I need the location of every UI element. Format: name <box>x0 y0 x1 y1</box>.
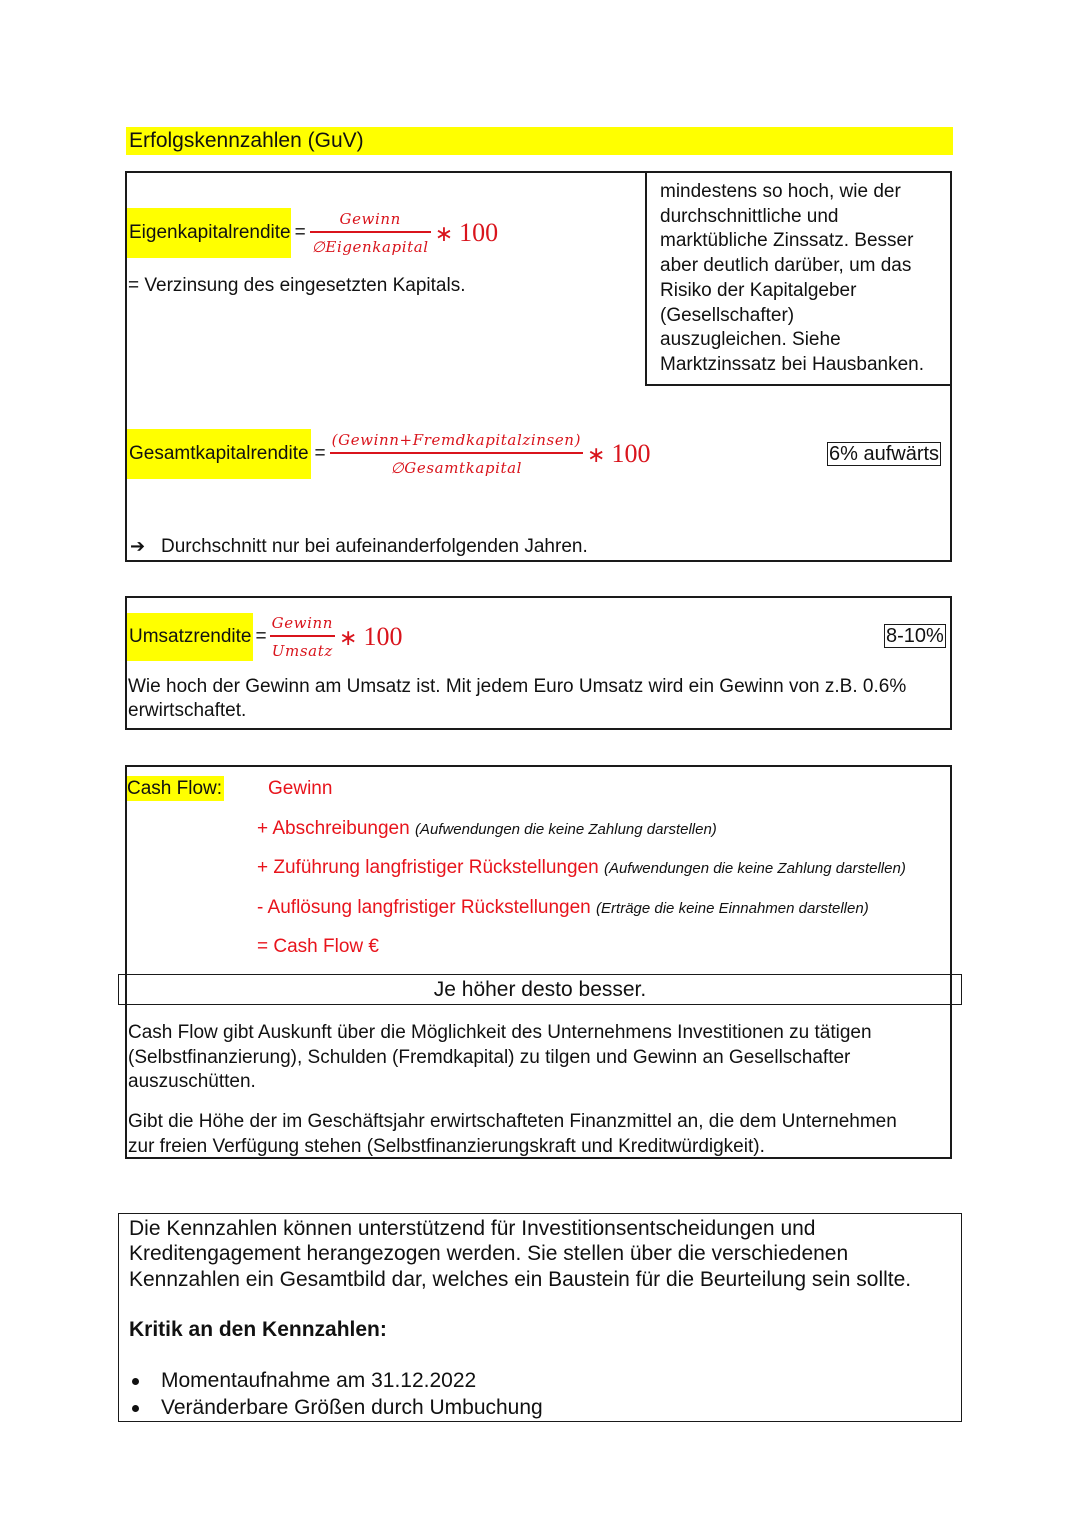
cash-flow-rating: Je höher desto besser. <box>118 977 962 1003</box>
section-title: Erfolgskennzahlen (GuV) <box>129 129 364 153</box>
umsatzrendite-description: Wie hoch der Gewinn am Umsatz ist. Mit j… <box>128 675 906 723</box>
cash-flow-paragraph-1: Cash Flow gibt Auskunft über die Möglich… <box>128 1021 872 1095</box>
fraction-bar <box>330 452 583 454</box>
gesamtkapitalrendite-formula: Gesamtkapitalrendite = (Gewinn+Fremdkapi… <box>127 429 650 479</box>
fraction-numerator: Gewinn <box>270 613 335 633</box>
umsatzrendite-target: 8-10% <box>884 624 946 648</box>
gesamtkapitalrendite-label: Gesamtkapitalrendite <box>127 429 311 479</box>
bullet-icon <box>132 1378 139 1385</box>
eigenkapitalrendite-fraction: Gewinn ∅Eigenkapital <box>310 209 431 257</box>
fraction-denominator: ∅Gesamtkapital <box>389 458 524 478</box>
cash-flow-line-result: = Cash Flow € <box>257 935 379 959</box>
multiplier: ∗100 <box>339 622 402 652</box>
cash-flow-paragraph-2: Gibt die Höhe der im Geschäftsjahr erwir… <box>128 1110 897 1159</box>
fraction-denominator: ∅Eigenkapital <box>310 237 431 257</box>
cash-flow-line-zufuehrung: + Zuführung langfristiger Rückstellungen… <box>257 856 906 881</box>
fraction-numerator: (Gewinn+Fremdkapitalzinsen) <box>330 430 583 450</box>
equals-sign: = <box>295 222 306 244</box>
bullet-icon <box>132 1405 139 1412</box>
critique-item: Veränderbare Größen durch Umbuchung <box>128 1394 543 1421</box>
cash-flow-label: Cash Flow: <box>127 776 224 801</box>
fraction-bar <box>310 231 431 233</box>
section-header: Erfolgskennzahlen (GuV) <box>126 127 953 155</box>
fraction-bar <box>270 635 335 637</box>
umsatzrendite-label: Umsatzrendite <box>127 613 253 661</box>
critique-heading: Kritik an den Kennzahlen: <box>129 1317 387 1343</box>
gesamtkapitalrendite-fraction: (Gewinn+Fremdkapitalzinsen) ∅Gesamtkapit… <box>330 430 583 478</box>
umsatzrendite-formula: Umsatzrendite = Gewinn Umsatz ∗100 <box>127 613 402 661</box>
gesamtkapitalrendite-note: ➔Durchschnitt nur bei aufeinanderfolgend… <box>130 535 588 559</box>
umsatzrendite-fraction: Gewinn Umsatz <box>270 613 335 661</box>
multiplier: ∗100 <box>435 218 498 248</box>
cash-flow-line-gewinn: Gewinn <box>268 777 332 801</box>
cash-flow-line-aufloesung: - Auflösung langfristiger Rückstellungen… <box>257 896 869 921</box>
critique-list: Momentaufnahme am 31.12.2022 Veränderbar… <box>128 1367 543 1421</box>
fraction-numerator: Gewinn <box>338 209 403 229</box>
multiplier: ∗100 <box>587 439 650 469</box>
eigenkapitalrendite-description: = Verzinsung des eingesetzten Kapitals. <box>128 274 465 298</box>
fraction-denominator: Umsatz <box>270 641 335 661</box>
summary-intro: Die Kennzahlen können unterstützend für … <box>129 1216 911 1292</box>
arrow-right-icon: ➔ <box>130 535 161 559</box>
eigenkapitalrendite-formula: Eigenkapitalrendite = Gewinn ∅Eigenkapit… <box>127 208 498 258</box>
cash-flow-line-abschreibungen: + Abschreibungen (Aufwendungen die keine… <box>257 817 717 842</box>
equals-sign: = <box>256 626 267 648</box>
eigenkapitalrendite-label: Eigenkapitalrendite <box>127 208 291 258</box>
equals-sign: = <box>315 443 326 465</box>
eigenkapital-note: mindestens so hoch, wie der durchschnitt… <box>660 180 945 378</box>
critique-item: Momentaufnahme am 31.12.2022 <box>128 1367 543 1394</box>
gesamtkapitalrendite-target: 6% aufwärts <box>827 442 941 466</box>
